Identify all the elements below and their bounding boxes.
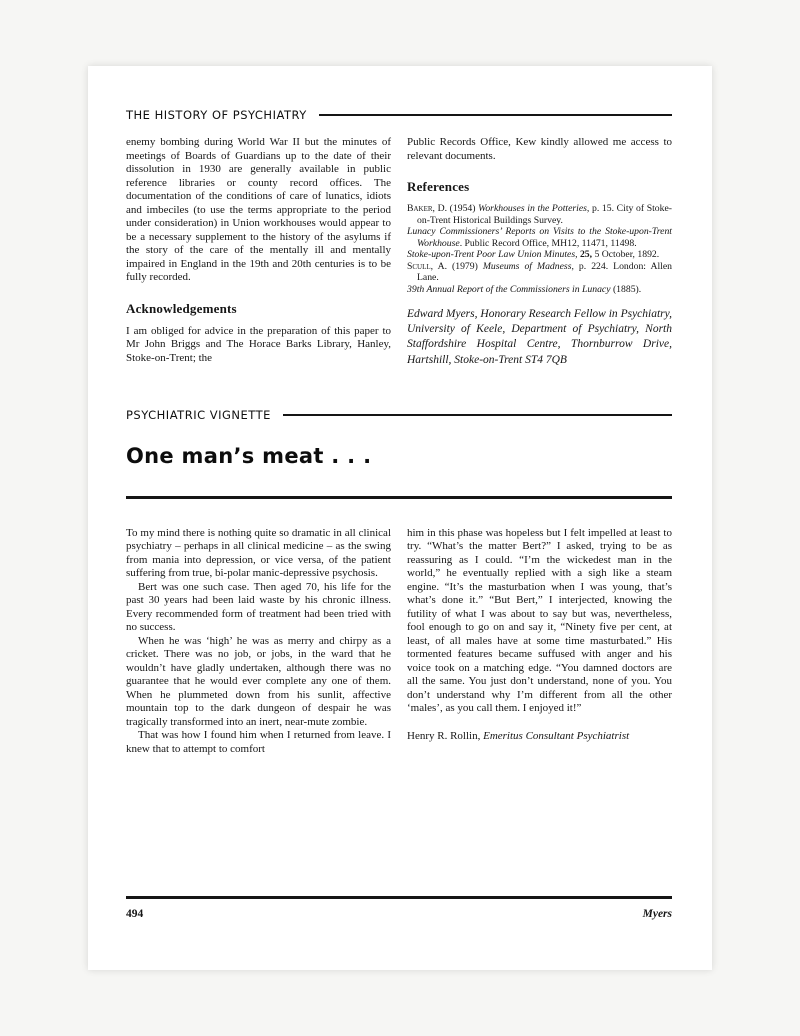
reference-title: 39th Annual Report of the Commissioners … [407,284,611,295]
reference-detail: , D. (1954) [433,203,479,214]
author-address-block: Edward Myers, Honorary Research Fellow i… [407,307,672,368]
reference-detail: 5 October, 1892. [592,249,659,260]
vignette-left-column: To my mind there is nothing quite so dra… [126,527,391,837]
page-footer: 494 Myers [126,896,672,920]
reference-volume: 25, [580,249,592,260]
reference-entry: Scull, A. (1979) Museums of Madness, p. … [407,261,672,284]
running-head-top: THE HISTORY OF PSYCHIATRY [126,108,672,122]
running-footer-author: Myers [643,908,672,920]
running-head-vignette: PSYCHIATRIC VIGNETTE [126,408,672,422]
reference-title: Stoke-upon-Trent Poor Law Union Minutes [407,249,575,260]
vignette-paragraph-continued: him in this phase was hopeless but I fel… [407,527,672,716]
history-left-column: enemy bombing during World War II but th… [126,136,391,365]
journal-page: THE HISTORY OF PSYCHIATRY enemy bombing … [88,66,712,970]
reference-detail: , A. (1979) [431,261,483,272]
byline-author-role: Emeritus Consultant Psychiatrist [483,730,629,742]
vignette-columns: To my mind there is nothing quite so dra… [126,527,672,837]
page-content: THE HISTORY OF PSYCHIATRY enemy bombing … [126,66,672,837]
acknowledgements-heading: Acknowledgements [126,301,391,317]
journal-section-title: THE HISTORY OF PSYCHIATRY [126,108,307,122]
references-heading: References [407,179,672,195]
article-title: One man’s meat . . . [126,444,672,468]
reference-entry: 39th Annual Report of the Commissioners … [407,284,672,296]
title-rule [126,496,672,499]
running-head-rule [283,414,672,417]
byline-author-name: Henry R. Rollin, [407,730,483,742]
reference-entry: Lunacy Commissioners’ Reports on Visits … [407,226,672,249]
vignette-right-column: him in this phase was hopeless but I fel… [407,527,672,837]
reference-list: Baker, D. (1954) Workhouses in the Potte… [407,203,672,295]
acknowledgements-text-continued: Public Records Office, Kew kindly allowe… [407,136,672,163]
reference-title: Workhouses in the Potteries [478,203,587,214]
reference-entry: Baker, D. (1954) Workhouses in the Potte… [407,203,672,226]
acknowledgements-text: I am obliged for advice in the preparati… [126,325,391,366]
vignette-byline: Henry R. Rollin, Emeritus Consultant Psy… [407,730,672,744]
vignette-paragraph: That was how I found him when I returned… [126,729,391,756]
history-article-columns: enemy bombing during World War II but th… [126,136,672,404]
reference-author: Baker [407,203,433,214]
reference-detail: . Public Record Office, MH12, 11471, 114… [460,238,637,249]
reference-detail: (1885). [611,284,642,295]
footer-rule [126,896,672,899]
continuation-paragraph: enemy bombing during World War II but th… [126,136,391,285]
page-number: 494 [126,908,143,920]
footer-row: 494 Myers [126,908,672,920]
running-head-rule [319,114,672,117]
reference-title: Museums of Madness [483,261,572,272]
vignette-paragraph: When he was ‘high’ he was as merry and c… [126,635,391,730]
vignette-section-title: PSYCHIATRIC VIGNETTE [126,408,271,422]
reference-author: Scull [407,261,431,272]
reference-entry: Stoke-upon-Trent Poor Law Union Minutes,… [407,249,672,261]
vignette-paragraph: To my mind there is nothing quite so dra… [126,527,391,581]
history-right-column: Public Records Office, Kew kindly allowe… [407,136,672,368]
vignette-paragraph: Bert was one such case. Then aged 70, hi… [126,581,391,635]
